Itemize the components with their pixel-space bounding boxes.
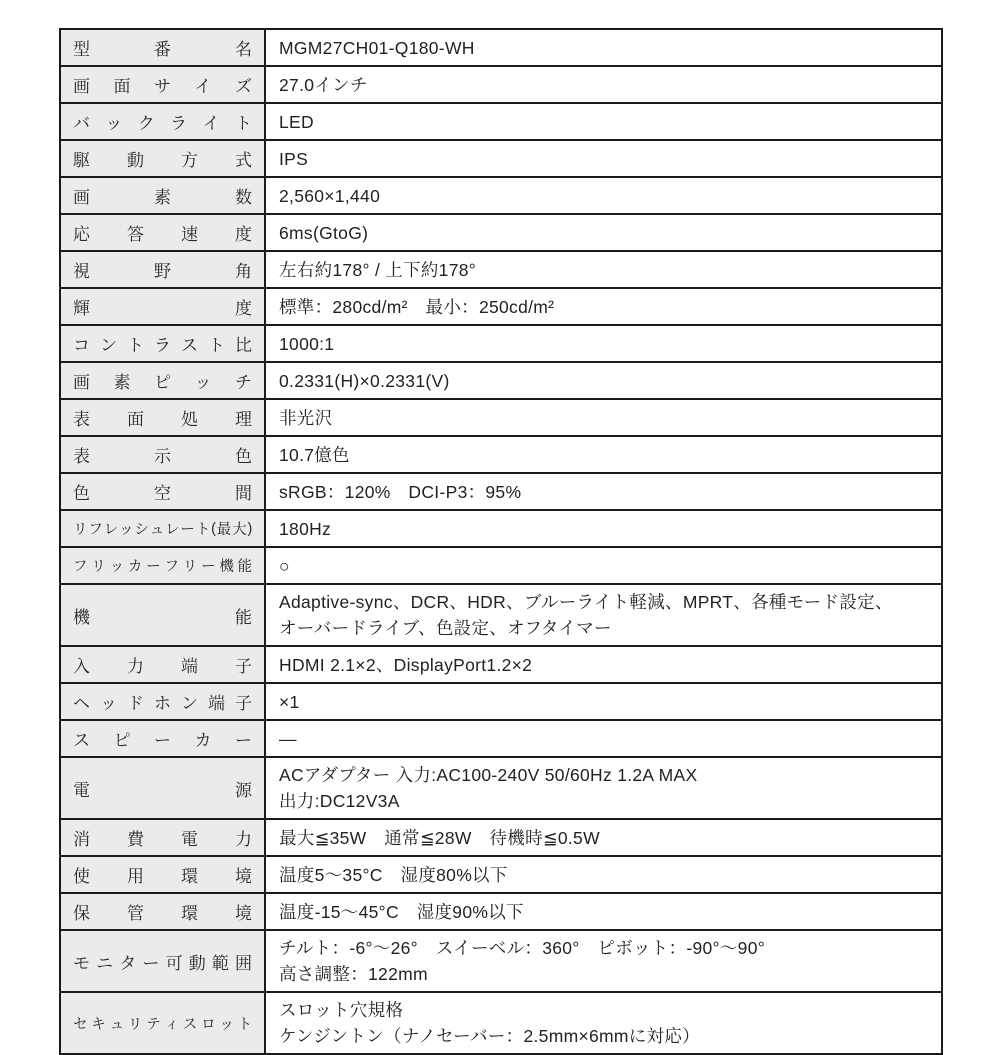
spec-value: LED — [265, 103, 942, 140]
spec-value: チルト：-6°〜26° スイーベル：360° ピボット：-90°〜90°高さ調整… — [265, 930, 942, 992]
table-row: 入力端子HDMI 2.1×2、DisplayPort1.2×2 — [60, 646, 942, 683]
spec-value: 0.2331(H)×0.2331(V) — [265, 362, 942, 399]
table-row: 応答速度6ms(GtoG) — [60, 214, 942, 251]
spec-label: ヘッドホン端子 — [60, 683, 265, 720]
spec-label: バックライト — [60, 103, 265, 140]
spec-label: スピーカー — [60, 720, 265, 757]
spec-label: モニター可動範囲 — [60, 930, 265, 992]
spec-value: 6ms(GtoG) — [265, 214, 942, 251]
table-row: 駆動方式IPS — [60, 140, 942, 177]
spec-value: ×1 — [265, 683, 942, 720]
spec-label: 画面サイズ — [60, 66, 265, 103]
spec-table-body: 型番名MGM27CH01-Q180-WH画面サイズ27.0インチバックライトLE… — [60, 29, 942, 1054]
table-row: モニター可動範囲チルト：-6°〜26° スイーベル：360° ピボット：-90°… — [60, 930, 942, 992]
table-row: 視野角左右約178° / 上下約178° — [60, 251, 942, 288]
table-row: 画素ピッチ0.2331(H)×0.2331(V) — [60, 362, 942, 399]
spec-value: 標準：280cd/m² 最小：250cd/m² — [265, 288, 942, 325]
spec-value: ― — [265, 720, 942, 757]
spec-value: 1000:1 — [265, 325, 942, 362]
table-row: 画素数2,560×1,440 — [60, 177, 942, 214]
spec-label: 視野角 — [60, 251, 265, 288]
spec-value: MGM27CH01-Q180-WH — [265, 29, 942, 66]
table-row: 表示色10.7億色 — [60, 436, 942, 473]
table-row: コントラスト比1000:1 — [60, 325, 942, 362]
spec-label: 色空間 — [60, 473, 265, 510]
table-row: 色空間sRGB：120% DCI-P3：95% — [60, 473, 942, 510]
spec-value: IPS — [265, 140, 942, 177]
table-row: ヘッドホン端子×1 — [60, 683, 942, 720]
spec-label: 電源 — [60, 757, 265, 819]
table-row: 消費電力最大≦35W 通常≦28W 待機時≦0.5W — [60, 819, 942, 856]
spec-label: 輝度 — [60, 288, 265, 325]
table-row: 輝度標準：280cd/m² 最小：250cd/m² — [60, 288, 942, 325]
spec-value: HDMI 2.1×2、DisplayPort1.2×2 — [265, 646, 942, 683]
spec-label: 使用環境 — [60, 856, 265, 893]
spec-value: Adaptive-sync、DCR、HDR、ブルーライト軽減、MPRT、各種モー… — [265, 584, 942, 646]
spec-label: 型番名 — [60, 29, 265, 66]
spec-label: 画素ピッチ — [60, 362, 265, 399]
spec-value: sRGB：120% DCI-P3：95% — [265, 473, 942, 510]
table-row: 使用環境温度5〜35°C 湿度80%以下 — [60, 856, 942, 893]
spec-label: 応答速度 — [60, 214, 265, 251]
table-row: 保管環境温度-15〜45°C 湿度90%以下 — [60, 893, 942, 930]
spec-value: 27.0インチ — [265, 66, 942, 103]
spec-value: 10.7億色 — [265, 436, 942, 473]
spec-label: セキュリティスロット — [60, 992, 265, 1054]
spec-value: 温度5〜35°C 湿度80%以下 — [265, 856, 942, 893]
table-row: スピーカー― — [60, 720, 942, 757]
table-row: 表面処理非光沢 — [60, 399, 942, 436]
spec-value: 180Hz — [265, 510, 942, 547]
table-row: リフレッシュレート(最大)180Hz — [60, 510, 942, 547]
spec-value: 非光沢 — [265, 399, 942, 436]
spec-table: 型番名MGM27CH01-Q180-WH画面サイズ27.0インチバックライトLE… — [59, 28, 943, 1055]
spec-value: ACアダプター 入力:AC100-240V 50/60Hz 1.2A MAX出力… — [265, 757, 942, 819]
spec-value: 最大≦35W 通常≦28W 待機時≦0.5W — [265, 819, 942, 856]
spec-label: 保管環境 — [60, 893, 265, 930]
spec-label: 機能 — [60, 584, 265, 646]
spec-label: リフレッシュレート(最大) — [60, 510, 265, 547]
spec-sheet: 型番名MGM27CH01-Q180-WH画面サイズ27.0インチバックライトLE… — [59, 28, 943, 1055]
table-row: バックライトLED — [60, 103, 942, 140]
spec-label: 駆動方式 — [60, 140, 265, 177]
table-row: 電源ACアダプター 入力:AC100-240V 50/60Hz 1.2A MAX… — [60, 757, 942, 819]
table-row: 型番名MGM27CH01-Q180-WH — [60, 29, 942, 66]
spec-label: フリッカーフリー機能 — [60, 547, 265, 584]
table-row: 機能Adaptive-sync、DCR、HDR、ブルーライト軽減、MPRT、各種… — [60, 584, 942, 646]
table-row: フリッカーフリー機能○ — [60, 547, 942, 584]
spec-value: 温度-15〜45°C 湿度90%以下 — [265, 893, 942, 930]
spec-value: ○ — [265, 547, 942, 584]
table-row: 画面サイズ27.0インチ — [60, 66, 942, 103]
spec-value: 左右約178° / 上下約178° — [265, 251, 942, 288]
spec-label: 表示色 — [60, 436, 265, 473]
spec-value: スロット穴規格ケンジントン（ナノセーバー：2.5mm×6mmに対応） — [265, 992, 942, 1054]
spec-label: 入力端子 — [60, 646, 265, 683]
spec-value: 2,560×1,440 — [265, 177, 942, 214]
spec-label: 画素数 — [60, 177, 265, 214]
spec-label: 表面処理 — [60, 399, 265, 436]
table-row: セキュリティスロットスロット穴規格ケンジントン（ナノセーバー：2.5mm×6mm… — [60, 992, 942, 1054]
spec-label: コントラスト比 — [60, 325, 265, 362]
spec-label: 消費電力 — [60, 819, 265, 856]
